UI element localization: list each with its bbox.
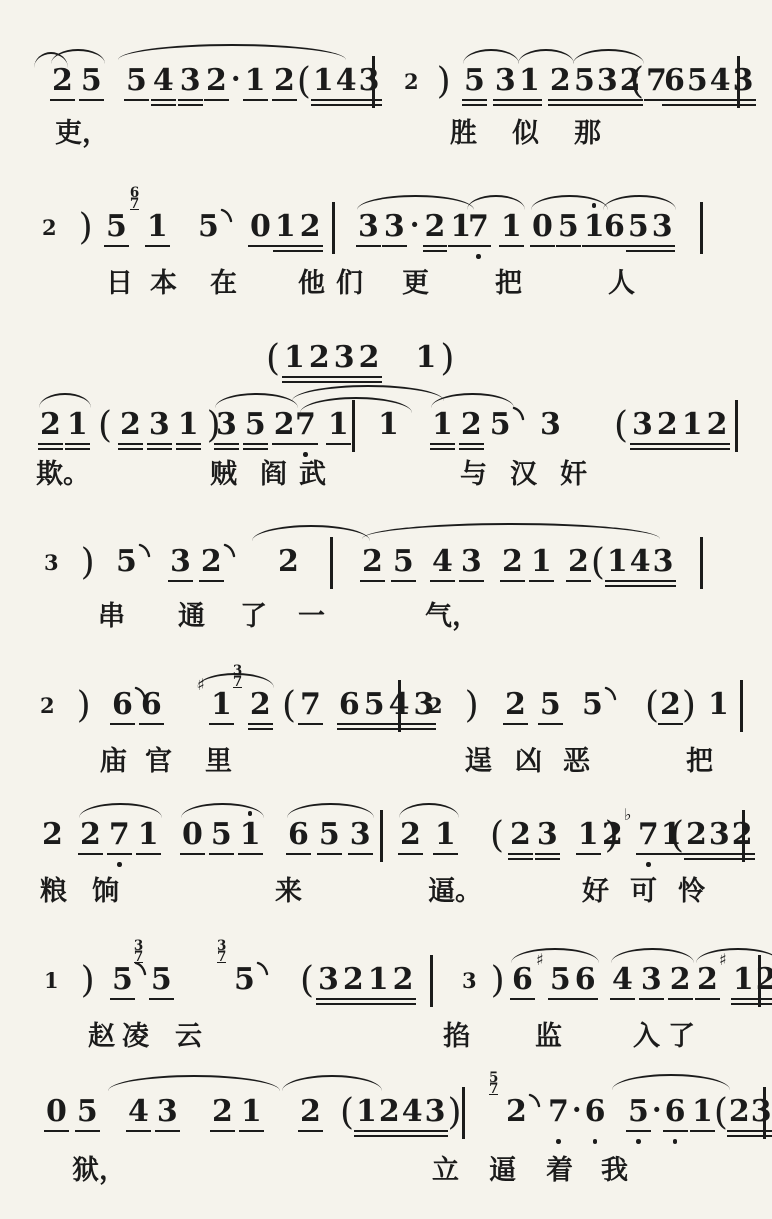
flat-icon: ♭ — [624, 807, 632, 823]
note-token: 1 — [275, 212, 296, 242]
lyric-syllable: 监 — [535, 1023, 562, 1050]
note-digit: ( — [282, 685, 296, 726]
note-group: 2) — [42, 212, 93, 249]
beam-line — [663, 1130, 688, 1132]
sharp-icon: ♯ — [197, 677, 205, 693]
note-token: 5 — [582, 690, 603, 720]
note-group: 43 — [432, 547, 482, 577]
note-token: ♯1 — [733, 965, 754, 995]
beam-line — [362, 723, 387, 725]
note-token: 1 — [284, 343, 305, 373]
note-token: 1 — [245, 66, 266, 96]
note-digit: 3 — [641, 962, 662, 997]
note-digit: ( — [340, 1092, 354, 1133]
beam-line — [412, 728, 437, 730]
note-group: 71 — [468, 212, 522, 242]
lyric-syllable: 们 — [336, 270, 363, 297]
note-group: (3212 — [300, 965, 414, 1002]
note-token: 3 — [216, 410, 237, 440]
barline — [330, 537, 333, 589]
note-digit: 1 — [241, 1094, 262, 1129]
note-digit: 2 — [707, 407, 728, 442]
beam-line — [50, 99, 75, 101]
beam-line — [243, 448, 268, 450]
note-digit: 1 — [44, 968, 59, 993]
note-digit: 1 — [519, 63, 540, 98]
note-token: 5 — [464, 66, 485, 96]
note-token: ) — [437, 63, 451, 100]
note-digit: 4 — [710, 63, 731, 98]
beam-line — [298, 250, 323, 252]
beam-line — [423, 1135, 448, 1137]
note-digit: 3 — [384, 209, 405, 244]
beam-line — [316, 998, 341, 1000]
barline — [758, 955, 761, 1007]
beam-line — [110, 723, 135, 725]
note-digit: 2 — [686, 817, 707, 852]
note-token: 4 — [336, 66, 357, 96]
note-token: 2 — [120, 410, 141, 440]
note-digit: 6 — [664, 63, 685, 98]
note-group: 2) — [428, 690, 479, 727]
note-digit: 2 — [201, 544, 222, 579]
note-digit: 6 — [339, 687, 360, 722]
note-token: 2 — [393, 965, 414, 995]
beam-line — [204, 99, 229, 101]
note-group: 1(232 — [692, 1097, 772, 1134]
grace-notes: 37 — [217, 941, 226, 963]
beam-line — [316, 1003, 341, 1005]
note-group: 05 — [46, 1097, 98, 1127]
note-token: 2 — [343, 965, 364, 995]
note-digit: 4 — [612, 962, 633, 997]
note-digit: 3 — [632, 407, 653, 442]
note-digit: 5 — [116, 544, 137, 579]
note-token: 1 — [519, 66, 540, 96]
note-token: 5 — [558, 212, 579, 242]
note-digit: 2 — [359, 340, 380, 375]
beam-line — [38, 448, 63, 450]
note-token: 1 — [692, 1097, 713, 1127]
lyric-syllable: 了 — [240, 603, 267, 630]
note-group: 125 — [432, 410, 511, 440]
score-row: 2)66♯1372(765432)255(2)1庙官里逞凶恶把 — [0, 660, 772, 800]
note-digit: 5 — [393, 544, 414, 579]
lyric-syllable: 里 — [205, 748, 232, 775]
beam-line — [282, 381, 307, 383]
note-group — [462, 1097, 465, 1149]
beam-line — [354, 1135, 379, 1137]
note-group: 21 — [400, 820, 456, 850]
note-token: ( — [300, 962, 314, 999]
beam-line — [362, 728, 387, 730]
beam-line — [357, 376, 382, 378]
note-digit: ) — [437, 61, 451, 102]
octave-dot-below-icon — [673, 1139, 678, 1144]
beam-line — [602, 245, 627, 247]
note-digit: 2 — [510, 817, 531, 852]
beam-line — [538, 723, 563, 725]
note-token: ( — [630, 63, 644, 100]
note-token: 2 — [274, 410, 295, 440]
note-group — [758, 965, 761, 1017]
note-digit: · — [410, 208, 420, 241]
note-digit: 3 — [540, 407, 561, 442]
beam-line — [317, 853, 342, 855]
score-sheet: 255432·12(1432)5312532(76543吏，胜似那2)56715… — [0, 0, 772, 1219]
beam-line — [662, 104, 687, 106]
beam-line — [178, 99, 203, 101]
beam-line — [366, 998, 391, 1000]
note-digit: 2 — [425, 209, 446, 244]
note-digit: 5 — [151, 962, 172, 997]
note-token: 3 — [157, 1097, 178, 1127]
beam-line — [348, 853, 373, 855]
lyric-syllable: 通 — [178, 603, 205, 630]
note-digit: ( — [591, 542, 605, 583]
note-token: 2 — [362, 547, 383, 577]
note-token: 2 — [309, 343, 330, 373]
note-digit: 5 — [126, 63, 147, 98]
lyric-syllable: 奸 — [560, 461, 587, 488]
beam-line — [357, 104, 382, 106]
beam-line — [149, 998, 174, 1000]
beam-line — [377, 1130, 402, 1132]
lyric-syllable: 阎 — [260, 461, 287, 488]
note-token: · — [572, 1096, 582, 1124]
beam-line — [576, 853, 601, 855]
slide-mark-icon — [256, 952, 269, 967]
note-digit: 1 — [733, 962, 754, 997]
note-token: ) — [440, 340, 454, 377]
beam-line — [630, 448, 655, 450]
beam-line — [118, 443, 143, 445]
beam-line — [684, 853, 709, 855]
grace-note-digit: 7 — [489, 1084, 498, 1096]
note-group: 2 — [278, 547, 299, 577]
note-group: (231) — [490, 820, 619, 857]
note-token: 1 — [578, 820, 599, 850]
note-digit: 3 — [359, 63, 380, 98]
beam-line — [572, 99, 597, 101]
lyric-syllable: 掐 — [443, 1023, 470, 1050]
note-token: 5 — [628, 1097, 649, 1127]
beam-line — [556, 245, 581, 247]
beam-line — [595, 104, 620, 106]
note-group — [700, 547, 703, 599]
note-token: ( — [614, 407, 628, 444]
note-group: 5 — [198, 212, 219, 242]
note-token: 2 — [206, 66, 227, 96]
beam-line — [273, 250, 298, 252]
note-digit: ) — [491, 960, 505, 1001]
beam-line — [628, 585, 653, 587]
note-digit: 2 — [120, 407, 141, 442]
note-token: 2 — [568, 547, 589, 577]
note-digit: 2 — [206, 63, 227, 98]
note-digit: 1 — [275, 209, 296, 244]
slur-arc — [612, 1074, 730, 1090]
note-group — [398, 690, 401, 742]
note-digit: 1 — [501, 209, 522, 244]
beam-line — [731, 1003, 756, 1005]
note-group: (232 — [670, 820, 753, 857]
note-group: 012 — [250, 212, 321, 242]
note-token: 0 — [250, 212, 271, 242]
note-token: 1 — [328, 410, 349, 440]
note-digit: 1 — [178, 407, 199, 442]
spacer — [325, 690, 335, 691]
note-digit: ) — [682, 685, 696, 726]
beam-line — [530, 245, 555, 247]
lyric-syllable: 吏， — [55, 120, 109, 147]
beam-line — [209, 723, 234, 725]
grace-note-digit: 7 — [217, 952, 226, 964]
note-token: 3 — [632, 410, 653, 440]
note-digit: ( — [630, 61, 644, 102]
beam-line — [684, 858, 709, 860]
note-digit: 0 — [182, 817, 203, 852]
note-token: 3 — [359, 66, 380, 96]
sharp-icon: ♯ — [536, 952, 544, 968]
note-token: 6 — [112, 690, 133, 720]
note-token: 3 — [149, 410, 170, 440]
note-digit: 1 — [682, 407, 703, 442]
note-digit: 6 — [575, 962, 596, 997]
beam-line — [566, 580, 591, 582]
beam-line — [651, 580, 676, 582]
beam-line — [493, 99, 518, 101]
beam-line — [400, 1130, 425, 1132]
note-digit: 3 — [597, 63, 618, 98]
note-digit: 7 — [300, 687, 321, 722]
note-digit: 3 — [709, 817, 730, 852]
grace-notes: 67 — [130, 188, 139, 210]
note-token: 6 — [575, 965, 596, 995]
note-digit: 5 — [198, 209, 219, 244]
note-group: 25 — [505, 690, 561, 720]
note-digit: 3 — [733, 63, 754, 98]
beam-line — [139, 723, 164, 725]
beam-line — [79, 99, 104, 101]
note-token: ( — [297, 63, 311, 100]
note-digit: 1 — [356, 1094, 377, 1129]
note-group — [330, 547, 333, 599]
note-token: · — [652, 1096, 662, 1124]
octave-dot-below-icon — [303, 452, 308, 457]
note-token: 3 — [384, 212, 405, 242]
lyric-syllable: 粮 — [40, 878, 67, 905]
note-digit: 5 — [319, 817, 340, 852]
beam-line — [548, 99, 573, 101]
beam-line — [605, 580, 630, 582]
note-digit: ) — [79, 207, 93, 248]
note-digit: 2 — [42, 817, 63, 852]
note-group — [735, 410, 738, 462]
score-row: 21(231)3527111253(3212(12321)欺。贼阎武与汉奸 — [0, 335, 772, 503]
note-token: ( — [98, 407, 112, 444]
lyric-syllable: 一 — [298, 603, 325, 630]
note-digit: 1 — [584, 209, 605, 244]
note-token: 1 — [607, 547, 628, 577]
beam-line — [78, 853, 103, 855]
note-token: 2 — [660, 690, 681, 720]
note-group: 653 — [604, 212, 673, 242]
note-group: 5671 — [106, 212, 168, 242]
beam-line — [272, 99, 297, 101]
beam-line — [107, 853, 132, 855]
note-token: ) — [448, 1094, 462, 1131]
note-group: 2(143 — [274, 66, 380, 103]
note-group: 1 — [708, 690, 729, 720]
note-group: 1 — [378, 410, 399, 440]
beam-line — [75, 1130, 100, 1132]
note-token: ) — [79, 209, 93, 246]
barline — [332, 202, 335, 254]
note-group: 543 — [126, 66, 201, 96]
note-token: 2 — [425, 212, 446, 242]
beam-line — [357, 381, 382, 383]
lyric-syllable: 胜 — [450, 120, 477, 147]
note-token: 2 — [461, 410, 482, 440]
beam-line — [708, 99, 733, 101]
note-digit: 6 — [112, 687, 133, 722]
note-token: ) — [491, 962, 505, 999]
note-digit: 2 — [404, 69, 419, 94]
note-token: 1 — [378, 410, 399, 440]
note-digit: 3 — [751, 1094, 772, 1129]
beam-line — [462, 99, 487, 101]
beam-line — [145, 245, 170, 247]
note-digit: 2 — [729, 1094, 750, 1129]
slur-arc — [282, 1075, 382, 1091]
grace-note-digit: 7 — [134, 952, 143, 964]
note-token: ( — [282, 687, 296, 724]
beam-line — [459, 580, 484, 582]
lyric-syllable: 他 — [298, 270, 325, 297]
octave-dot-below-icon — [593, 1139, 598, 1144]
lyric-syllable: 那 — [574, 120, 601, 147]
note-token: 1 — [241, 1097, 262, 1127]
beam-line — [238, 853, 263, 855]
beam-line — [548, 998, 573, 1000]
note-group: 3) — [462, 965, 505, 1002]
note-digit: 5 — [628, 1094, 649, 1129]
lyric-syllable: 入 — [633, 1023, 660, 1050]
note-group — [332, 212, 335, 264]
note-digit: 2 — [506, 1094, 527, 1129]
note-group: (3212 — [614, 410, 728, 447]
lyric-syllable: 欺。 — [36, 461, 90, 488]
slur-arc — [108, 1075, 280, 1091]
beam-line — [147, 448, 172, 450]
beam-line — [572, 104, 597, 106]
lyric-syllable: 串 — [98, 603, 125, 630]
note-group: 653 — [288, 820, 371, 850]
note-group: 43 — [128, 1097, 178, 1127]
beam-line — [311, 104, 336, 106]
note-digit: 3 — [334, 340, 355, 375]
note-digit: 2 — [300, 1094, 321, 1129]
note-digit: 2 — [40, 407, 61, 442]
grace-note-digit: 7 — [233, 677, 242, 689]
lyric-syllable: 逼。 — [428, 878, 482, 905]
beam-line — [298, 723, 323, 725]
note-digit: 3 — [425, 1094, 446, 1129]
slur-arc — [252, 525, 370, 541]
beam-line — [248, 245, 273, 247]
note-digit: 3 — [216, 407, 237, 442]
note-digit: 5 — [574, 63, 595, 98]
note-group: 375 — [218, 965, 255, 995]
beam-line — [366, 1003, 391, 1005]
note-token: 3 — [495, 66, 516, 96]
note-token: ( — [591, 544, 605, 581]
note-group: 33·21 — [358, 212, 471, 242]
beam-line — [430, 443, 455, 445]
note-token: 5 — [540, 690, 561, 720]
note-digit: 3 — [653, 544, 674, 579]
note-digit: 2 — [274, 407, 295, 442]
octave-dot-above-icon — [592, 203, 597, 208]
note-group: (76543 — [282, 690, 434, 727]
barline — [740, 680, 743, 732]
note-group: ♯1372 — [198, 690, 271, 720]
note-token: 2 — [201, 547, 222, 577]
note-digit: 4 — [128, 1094, 149, 1129]
lyric-syllable: 武 — [299, 461, 326, 488]
beam-line — [680, 443, 705, 445]
note-token: 4 — [612, 965, 633, 995]
note-digit: 2 — [393, 962, 414, 997]
note-group: 25 — [362, 547, 414, 577]
lyric-syllable: 人 — [608, 270, 635, 297]
note-token: 1 — [432, 410, 453, 440]
note-token: 572 — [506, 1097, 527, 1127]
octave-dot-below-icon — [556, 1139, 561, 1144]
note-digit: 1 — [67, 407, 88, 442]
barline — [462, 1087, 465, 1139]
beam-line — [626, 245, 651, 247]
note-digit: ( — [490, 815, 504, 856]
beam-line — [754, 998, 772, 1000]
beam-line — [433, 853, 458, 855]
beam-line — [651, 585, 676, 587]
note-token: 6 — [288, 820, 309, 850]
beam-line — [400, 1135, 425, 1137]
beam-line — [214, 443, 239, 445]
octave-dot-below-icon — [646, 862, 651, 867]
beam-line — [731, 104, 756, 106]
note-digit: 2 — [428, 693, 443, 718]
note-token: ) — [682, 687, 696, 724]
note-digit: 3 — [358, 209, 379, 244]
note-token: 5 — [112, 965, 133, 995]
octave-dot-below-icon — [117, 862, 122, 867]
beam-line — [655, 448, 680, 450]
beam-line — [529, 580, 554, 582]
beam-line — [209, 853, 234, 855]
note-digit: 1 — [607, 544, 628, 579]
beam-line — [298, 1130, 323, 1132]
note-group: 21 — [40, 410, 88, 440]
note-token: 372 — [250, 690, 271, 720]
note-token: 1 — [178, 410, 199, 440]
note-token: 0 — [532, 212, 553, 242]
note-token: 1 — [682, 410, 703, 440]
beam-line — [695, 998, 720, 1000]
note-token: 2 — [510, 820, 531, 850]
